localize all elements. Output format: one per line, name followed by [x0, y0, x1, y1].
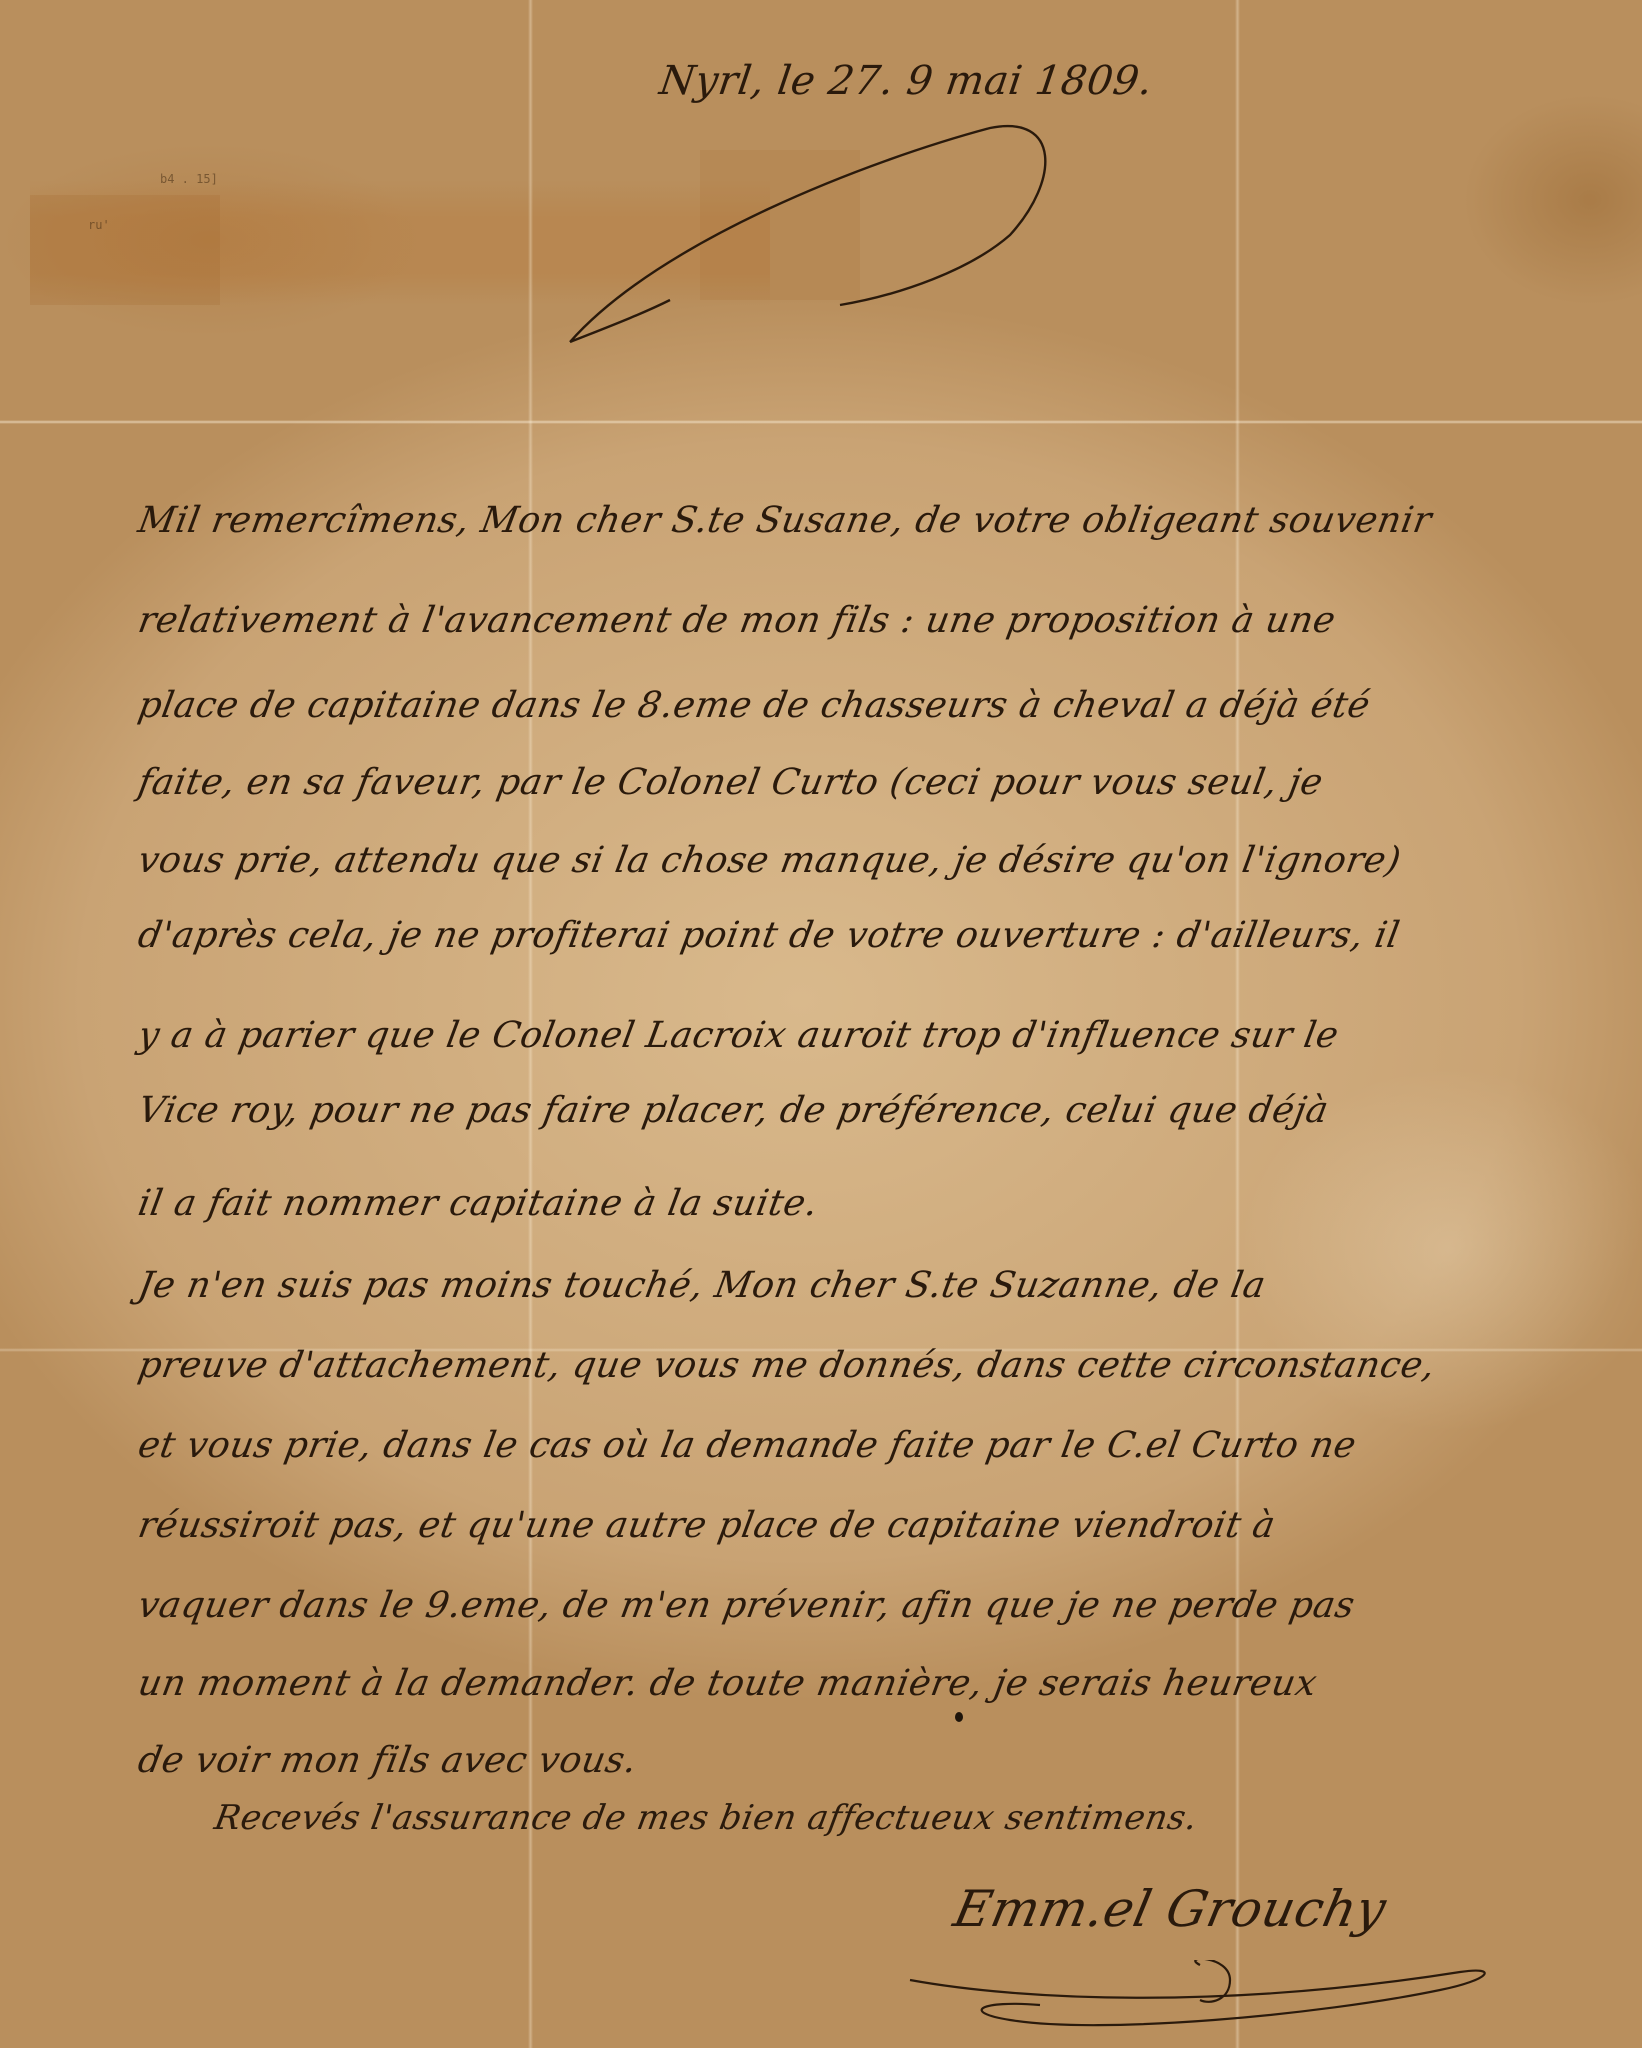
body-line: de voir mon fils avec vous.: [135, 1740, 640, 1781]
body-line: Mil remercîmens, Mon cher S.te Susane, d…: [135, 500, 1435, 541]
closing-salutation: Recevés l'assurance de mes bien affectue…: [211, 1798, 1200, 1838]
offset-mark: b4 . 15]: [160, 172, 218, 186]
ink-blot: [955, 1712, 963, 1722]
fold-line: [0, 420, 1642, 424]
body-line: réussiroit pas, et qu'une autre place de…: [135, 1505, 1279, 1546]
signature-flourish-icon: [900, 1960, 1500, 2040]
body-line: un moment à la demander. de toute manièr…: [135, 1663, 1320, 1704]
body-line: Je n'en suis pas moins touché, Mon cher …: [135, 1265, 1269, 1306]
body-line: place de capitaine dans le 8.eme de chas…: [135, 685, 1373, 726]
body-line: et vous prie, dans le cas où la demande …: [135, 1425, 1360, 1466]
letter-page: b4 . 15] ru' Nyrl, le 27. 9 mai 1809. Mi…: [0, 0, 1642, 2048]
dateline: Nyrl, le 27. 9 mai 1809.: [657, 58, 1156, 104]
water-stain-block: [30, 195, 220, 305]
body-line: vous prie, attendu que si la chose manqu…: [135, 840, 1404, 881]
body-line: y a à parier que le Colonel Lacroix auro…: [135, 1015, 1342, 1056]
body-line: preuve d'attachement, que vous me donnés…: [135, 1345, 1438, 1386]
body-line: Vice roy, pour ne pas faire placer, de p…: [135, 1090, 1332, 1131]
body-line: relativement à l'avancement de mon fils …: [135, 600, 1339, 641]
body-line: il a fait nommer capitaine à la suite.: [135, 1183, 821, 1224]
body-line: d'après cela, je ne profiterai point de …: [135, 915, 1403, 956]
body-line: vaquer dans le 9.eme, de m'en prévenir, …: [135, 1585, 1358, 1626]
flourish-loop-icon: [540, 120, 1160, 380]
signature: Emm.el Grouchy: [949, 1880, 1392, 1938]
offset-mark: ru': [88, 218, 110, 232]
body-line: faite, en sa faveur, par le Colonel Curt…: [135, 762, 1326, 803]
